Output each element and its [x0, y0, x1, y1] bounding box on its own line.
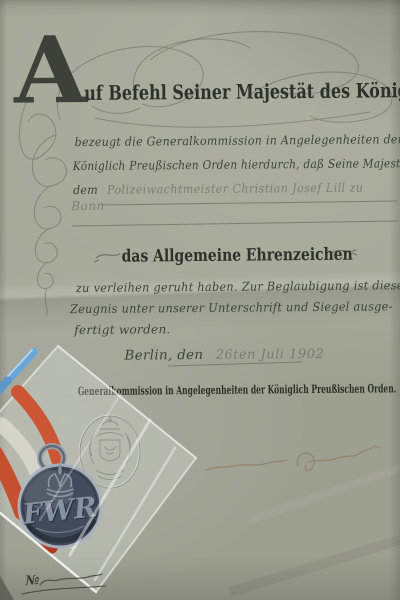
medal: FWR FWR [19, 464, 101, 547]
plastic-bag: FWR FWR [0, 346, 196, 592]
photo-of-certificate: A uf Befehl Seiner Majestät des Königs b… [0, 0, 400, 600]
paper-wrinkles [230, 468, 400, 592]
objects-layer: FWR FWR [0, 0, 400, 600]
photo-corner-shadow [0, 576, 14, 600]
signature [206, 446, 380, 471]
